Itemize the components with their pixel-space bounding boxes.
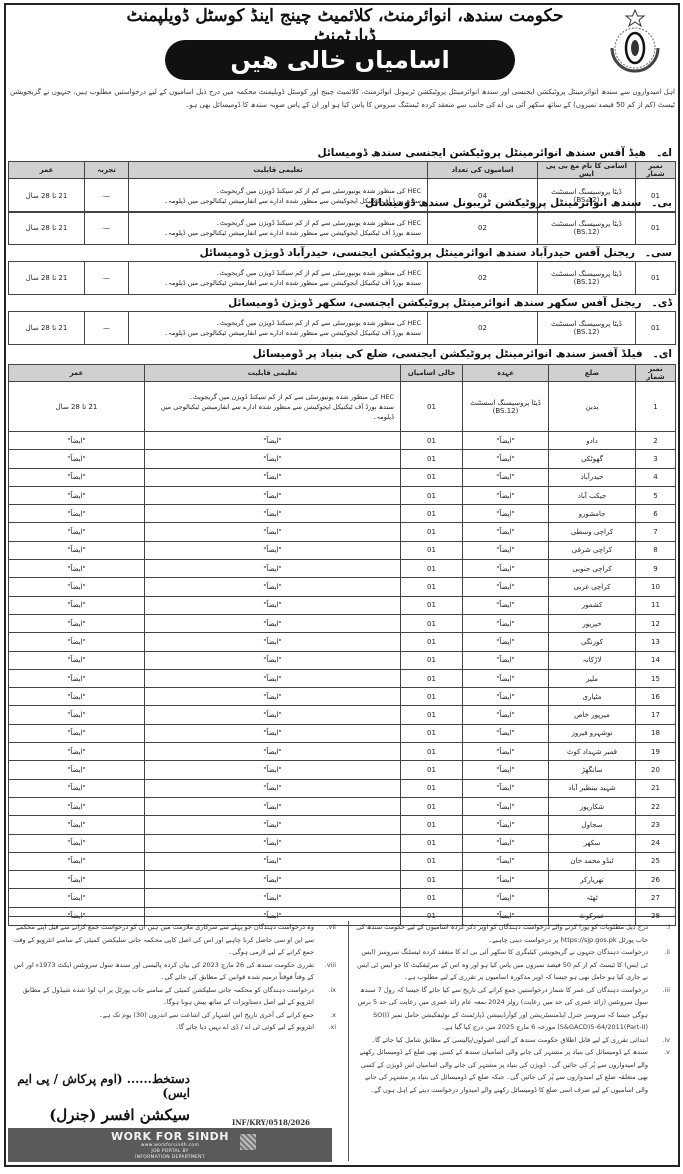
serial: 19 — [636, 743, 676, 761]
table-row: 20سانگھڑ"ایضاً"01"ایضاً""ایضاً" — [9, 761, 676, 779]
note-text: درخواست دہندگان جنہوں نے گریجویشن کیٹیگر… — [355, 946, 648, 984]
vacancies: 01 — [401, 633, 463, 651]
post: "ایضاً" — [463, 578, 549, 596]
serial: 01 — [636, 212, 676, 245]
serial: 5 — [636, 486, 676, 504]
age: "ایضاً" — [9, 871, 145, 889]
count: 02 — [428, 262, 538, 295]
serial: 7 — [636, 523, 676, 541]
vacancies: 01 — [401, 852, 463, 870]
section-b-heading: بی۔سندھ انوائرمینٹل پروٹیکشن ٹریبونل سند… — [8, 196, 676, 210]
post: "ایضاً" — [463, 816, 549, 834]
qualification: HEC کی منظور شدہ یونیورسٹی سے کم از کم س… — [129, 212, 428, 245]
vacancies: 01 — [401, 614, 463, 632]
table-row: 12خیرپور"ایضاً"01"ایضاً""ایضاً" — [9, 614, 676, 632]
section-mark: ڈی۔ — [652, 297, 672, 309]
job-advertisement: حکومت سندھ، انوائرمنٹ، کلائمیٹ چینج اینڈ… — [0, 0, 683, 1174]
post: "ایضاً" — [463, 432, 549, 450]
qualification: "ایضاً" — [145, 614, 401, 632]
age: "ایضاً" — [9, 523, 145, 541]
age: "ایضاً" — [9, 633, 145, 651]
section-b-table: 01 ڈیٹا پروسیسنگ اسسٹنٹ(BS.12) 02 HEC کی… — [8, 211, 676, 245]
district: ٹنڈو محمد خان — [549, 852, 636, 870]
vacancies: 01 — [401, 541, 463, 559]
section-a-heading: اے۔ھیڈ آفس سندھ انوائرمینٹل پروٹیکشن ایج… — [8, 146, 676, 160]
vacancies: 01 — [401, 761, 463, 779]
age: "ایضاً" — [9, 432, 145, 450]
district: لاڑکانہ — [549, 651, 636, 669]
post: "ایضاً" — [463, 633, 549, 651]
qualification: "ایضاً" — [145, 871, 401, 889]
table-row: 10کراچی غربی"ایضاً"01"ایضاً""ایضاً" — [9, 578, 676, 596]
serial: 01 — [636, 262, 676, 295]
notes-left-column: vii.وہ درخواست دہندگان جو پہلے سے سرکاری… — [12, 921, 336, 1034]
table-row: 25ٹنڈو محمد خان"ایضاً"01"ایضاً""ایضاً" — [9, 852, 676, 870]
qualification: "ایضاً" — [145, 724, 401, 742]
table-row: 11کشمور"ایضاً"01"ایضاً""ایضاً" — [9, 596, 676, 614]
table-row: 27ٹھٹہ"ایضاً"01"ایضاً""ایضاً" — [9, 889, 676, 907]
header-age: عمر — [9, 162, 85, 179]
qualification: "ایضاً" — [145, 468, 401, 486]
note-item: x.جمع کرانے کی آخری تاریخ اس اشتہار کی ا… — [12, 1009, 336, 1022]
qualification: "ایضاً" — [145, 432, 401, 450]
serial: 4 — [636, 468, 676, 486]
serial: 26 — [636, 871, 676, 889]
section-mark: سی۔ — [645, 247, 672, 259]
district: قمبر شہداد کوٹ — [549, 743, 636, 761]
vacancies-headline: اسامیاں خالی ھیں — [165, 40, 515, 80]
age: "ایضاً" — [9, 724, 145, 742]
district: گھوٹکی — [549, 450, 636, 468]
district: سکھر — [549, 834, 636, 852]
qr-code-icon — [240, 1134, 256, 1150]
section-title: ریجنل آفس حیدرآباد سندھ انوائرمینٹل پروٹ… — [200, 247, 635, 259]
post: ڈیٹا پروسیسنگ اسسٹنٹ(BS.12) — [538, 212, 636, 245]
table-row: 7کراچی وسطی"ایضاً"01"ایضاً""ایضاً" — [9, 523, 676, 541]
post: "ایضاً" — [463, 779, 549, 797]
table-row: 19قمبر شہداد کوٹ"ایضاً"01"ایضاً""ایضاً" — [9, 743, 676, 761]
table-row: 13کورنگی"ایضاً"01"ایضاً""ایضاً" — [9, 633, 676, 651]
serial: 14 — [636, 651, 676, 669]
age: 21 تا 28 سال — [9, 262, 85, 295]
vacancies: 01 — [401, 578, 463, 596]
experience: — — [85, 262, 129, 295]
qualification: HEC کی منظور شدہ یونیورسٹی سے کم از کم س… — [129, 312, 428, 345]
post: ڈیٹا پروسیسنگ اسسٹنٹ(BS.12) — [463, 382, 549, 432]
section-title: ریجنل آفس سکھر سندھ انوائرمینٹل پروٹیکشن… — [228, 297, 641, 309]
vacancies: 01 — [401, 816, 463, 834]
district: کراچی شرقی — [549, 541, 636, 559]
note-item: iii.درخواست دہندگان کی عمر کا شمار درخوا… — [355, 984, 670, 1034]
post: ڈیٹا پروسیسنگ اسسٹنٹ(BS.12) — [538, 312, 636, 345]
post: "ایضاً" — [463, 523, 549, 541]
note-item: v.سندھ کے ڈومیسائل کی بنیاد پر مشتہر کی … — [355, 1046, 670, 1096]
post: "ایضاً" — [463, 651, 549, 669]
note-number: viii. — [318, 959, 336, 984]
qualification: "ایضاً" — [145, 816, 401, 834]
post: "ایضاً" — [463, 706, 549, 724]
table-row: 1بدینڈیٹا پروسیسنگ اسسٹنٹ(BS.12)01HEC کی… — [9, 382, 676, 432]
age: "ایضاً" — [9, 541, 145, 559]
header-count: اسامیوں کی تعداد — [428, 162, 538, 179]
district: کراچی وسطی — [549, 523, 636, 541]
table-row: 23سجاول"ایضاً"01"ایضاً""ایضاً" — [9, 816, 676, 834]
note-item: ix.درخواست دہندگان کو محکمہ جاتی سلیکشن … — [12, 984, 336, 1009]
district: نوشہرو فیروز — [549, 724, 636, 742]
post: "ایضاً" — [463, 761, 549, 779]
qualification: "ایضاً" — [145, 743, 401, 761]
qualification: "ایضاً" — [145, 706, 401, 724]
sindh-emblem-icon — [604, 8, 666, 80]
vacancies: 01 — [401, 505, 463, 523]
note-number: vii. — [318, 921, 336, 959]
vacancies: 01 — [401, 706, 463, 724]
post: "ایضاً" — [463, 743, 549, 761]
post: "ایضاً" — [463, 596, 549, 614]
age: "ایضاً" — [9, 852, 145, 870]
serial: 24 — [636, 834, 676, 852]
table-row: 3گھوٹکی"ایضاً"01"ایضاً""ایضاً" — [9, 450, 676, 468]
serial: 01 — [636, 312, 676, 345]
qualification: "ایضاً" — [145, 560, 401, 578]
age: "ایضاً" — [9, 468, 145, 486]
age: "ایضاً" — [9, 450, 145, 468]
note-number: i. — [652, 921, 670, 946]
vacancies: 01 — [401, 596, 463, 614]
serial: 6 — [636, 505, 676, 523]
age: "ایضاً" — [9, 797, 145, 815]
serial: 9 — [636, 560, 676, 578]
table-row: 4حیدرآباد"ایضاً"01"ایضاً""ایضاً" — [9, 468, 676, 486]
note-text: درخواست دہندگان کو محکمہ جاتی سلیکشن کمی… — [12, 984, 314, 1009]
district: مٹیاری — [549, 688, 636, 706]
district: ملیر — [549, 669, 636, 687]
section-title: سندھ انوائرمینٹل پروٹیکشن ٹریبونل سندھ ڈ… — [365, 197, 641, 209]
serial: 3 — [636, 450, 676, 468]
post: "ایضاً" — [463, 724, 549, 742]
section-mark: ای۔ — [653, 348, 672, 360]
section-mark: اے۔ — [656, 147, 672, 159]
note-item: xi.انٹرویو کے لیے کوئی ٹی اے / ڈی اے نہی… — [12, 1021, 336, 1034]
serial: 27 — [636, 889, 676, 907]
section-title: ھیڈ آفس سندھ انوائرمینٹل پروٹیکشن ایجنسی… — [317, 147, 646, 159]
vacancies: 01 — [401, 560, 463, 578]
experience: — — [85, 312, 129, 345]
count: 02 — [428, 312, 538, 345]
table-row: 01 ڈیٹا پروسیسنگ اسسٹنٹ(BS.12) 02 HEC کی… — [9, 312, 676, 345]
qualification: "ایضاً" — [145, 505, 401, 523]
section-c-table: 01 ڈیٹا پروسیسنگ اسسٹنٹ(BS.12) 02 HEC کی… — [8, 261, 676, 295]
vacancies: 01 — [401, 432, 463, 450]
table-row: 21شہید بینظیر آباد"ایضاً"01"ایضاً""ایضاً… — [9, 779, 676, 797]
section-e-heading: ای۔فیلڈ آفسز سندھ انوائرمینٹل پروٹیکشن ا… — [8, 347, 676, 361]
serial: 1 — [636, 382, 676, 432]
header-vacancies: خالی اسامیاں — [401, 365, 463, 382]
table-row: 24سکھر"ایضاً"01"ایضاً""ایضاً" — [9, 834, 676, 852]
note-text: درج ذیل مطلوبات کو پورا کرنے والے درخواس… — [355, 921, 648, 946]
count: 02 — [428, 212, 538, 245]
table-row: 14لاڑکانہ"ایضاً"01"ایضاً""ایضاً" — [9, 651, 676, 669]
section-d-heading: ڈی۔ریجنل آفس سکھر سندھ انوائرمینٹل پروٹی… — [8, 296, 676, 310]
qualification: "ایضاً" — [145, 761, 401, 779]
notes-right-column: i.درج ذیل مطلوبات کو پورا کرنے والے درخو… — [348, 921, 670, 1161]
qualification: "ایضاً" — [145, 779, 401, 797]
section-e-table: نمبر شمار ضلع عہدہ خالی اسامیاں تعلیمی ق… — [8, 364, 676, 926]
qualification: "ایضاً" — [145, 669, 401, 687]
note-text: درخواست دہندگان کی عمر کا شمار درخواستیں… — [355, 984, 648, 1034]
vacancies: 01 — [401, 797, 463, 815]
serial: 25 — [636, 852, 676, 870]
table-row: 9کراچی جنوبی"ایضاً"01"ایضاً""ایضاً" — [9, 560, 676, 578]
vacancies: 01 — [401, 688, 463, 706]
age: "ایضاً" — [9, 486, 145, 504]
district: جیکب آباد — [549, 486, 636, 504]
age: 21 تا 28 سال — [9, 312, 85, 345]
post: "ایضاً" — [463, 486, 549, 504]
note-text: جمع کرانے کی آخری تاریخ اس اشتہار کی اشا… — [99, 1009, 314, 1022]
designation: سیکشن افسر (جنرل) — [10, 1106, 190, 1124]
district: میرپور خاص — [549, 706, 636, 724]
district: شکارپور — [549, 797, 636, 815]
signature-block: دستخط...... (اوم پرکاش / پی ایم ایس) سیک… — [10, 1072, 190, 1124]
vacancies: 01 — [401, 724, 463, 742]
serial: 23 — [636, 816, 676, 834]
post: "ایضاً" — [463, 614, 549, 632]
table-row: 16مٹیاری"ایضاً"01"ایضاً""ایضاً" — [9, 688, 676, 706]
vacancies: 01 — [401, 871, 463, 889]
district: جامشورو — [549, 505, 636, 523]
table-row: 15ملیر"ایضاً"01"ایضاً""ایضاً" — [9, 669, 676, 687]
age: "ایضاً" — [9, 505, 145, 523]
note-item: ii.درخواست دہندگان جنہوں نے گریجویشن کیٹ… — [355, 946, 670, 984]
header: حکومت سندھ، انوائرمنٹ، کلائمیٹ چینج اینڈ… — [0, 0, 683, 84]
district: کشمور — [549, 596, 636, 614]
header-age: عمر — [9, 365, 145, 382]
banner-line2: INFORMATION DEPARTMENT — [8, 1155, 332, 1161]
qualification: "ایضاً" — [145, 852, 401, 870]
qualification: "ایضاً" — [145, 541, 401, 559]
vacancies: 01 — [401, 743, 463, 761]
vacancies: 01 — [401, 779, 463, 797]
note-item: i.درج ذیل مطلوبات کو پورا کرنے والے درخو… — [355, 921, 670, 946]
header-qualification: تعلیمی قابلیت — [129, 162, 428, 179]
note-number: x. — [318, 1009, 336, 1022]
note-item: vii.وہ درخواست دہندگان جو پہلے سے سرکاری… — [12, 921, 336, 959]
reference-code: INF/KRY/0518/2026 — [232, 1118, 310, 1127]
qualification: "ایضاً" — [145, 688, 401, 706]
vacancies: 01 — [401, 486, 463, 504]
age: "ایضاً" — [9, 816, 145, 834]
qualification: "ایضاً" — [145, 651, 401, 669]
section-c-heading: سی۔ریجنل آفس حیدرآباد سندھ انوائرمینٹل پ… — [8, 246, 676, 260]
qualification: "ایضاً" — [145, 523, 401, 541]
district: سانگھڑ — [549, 761, 636, 779]
table-row: 18نوشہرو فیروز"ایضاً"01"ایضاً""ایضاً" — [9, 724, 676, 742]
post: "ایضاً" — [463, 797, 549, 815]
header-district: ضلع — [549, 365, 636, 382]
note-item: viii.تقرری حکومت سندھ کی 26 مارچ 2023 کی… — [12, 959, 336, 984]
note-text: انٹرویو کے لیے کوئی ٹی اے / ڈی اے نہیں د… — [175, 1021, 314, 1034]
age: "ایضاً" — [9, 596, 145, 614]
qualification: "ایضاً" — [145, 797, 401, 815]
district: حیدرآباد — [549, 468, 636, 486]
vacancies: 01 — [401, 834, 463, 852]
table-row: 01 ڈیٹا پروسیسنگ اسسٹنٹ(BS.12) 02 HEC کی… — [9, 212, 676, 245]
vacancies: 01 — [401, 468, 463, 486]
note-number: ix. — [318, 984, 336, 1009]
district: شہید بینظیر آباد — [549, 779, 636, 797]
post: "ایضاً" — [463, 468, 549, 486]
age: "ایضاً" — [9, 761, 145, 779]
age: "ایضاً" — [9, 669, 145, 687]
table-row: 26تھرپارکر"ایضاً"01"ایضاً""ایضاً" — [9, 871, 676, 889]
note-text: سندھ کے ڈومیسائل کی بنیاد پر مشتہر کی جا… — [355, 1046, 648, 1096]
post: ڈیٹا پروسیسنگ اسسٹنٹ(BS.12) — [538, 262, 636, 295]
note-number: xi. — [318, 1021, 336, 1034]
post: "ایضاً" — [463, 852, 549, 870]
post: "ایضاً" — [463, 560, 549, 578]
age: "ایضاً" — [9, 834, 145, 852]
district: تھرپارکر — [549, 871, 636, 889]
signatory: دستخط...... (اوم پرکاش / پی ایم ایس) — [17, 1072, 190, 1100]
post: "ایضاً" — [463, 889, 549, 907]
age: "ایضاً" — [9, 651, 145, 669]
vacancies: 01 — [401, 669, 463, 687]
note-number: iv. — [652, 1034, 670, 1047]
note-item: iv.ابتدائی تقرری کے لیے قابل اطلاق حکومت… — [355, 1034, 670, 1047]
qualification: "ایضاً" — [145, 486, 401, 504]
age: "ایضاً" — [9, 688, 145, 706]
note-number: iii. — [652, 984, 670, 1034]
table-row: 8کراچی شرقی"ایضاً"01"ایضاً""ایضاً" — [9, 541, 676, 559]
table-row: 22شکارپور"ایضاً"01"ایضاً""ایضاً" — [9, 797, 676, 815]
district: خیرپور — [549, 614, 636, 632]
vacancies: 01 — [401, 382, 463, 432]
post: "ایضاً" — [463, 834, 549, 852]
serial: 8 — [636, 541, 676, 559]
header-post: عہدہ — [463, 365, 549, 382]
serial: 20 — [636, 761, 676, 779]
age: "ایضاً" — [9, 889, 145, 907]
district: بدین — [549, 382, 636, 432]
serial: 10 — [636, 578, 676, 596]
table-row: 5جیکب آباد"ایضاً"01"ایضاً""ایضاً" — [9, 486, 676, 504]
notes-section: i.درج ذیل مطلوبات کو پورا کرنے والے درخو… — [8, 916, 676, 1164]
qualification: "ایضاً" — [145, 889, 401, 907]
qualification: "ایضاً" — [145, 578, 401, 596]
note-text: وہ درخواست دہندگان جو پہلے سے سرکاری ملا… — [12, 921, 314, 959]
serial: 11 — [636, 596, 676, 614]
work-for-sindh-banner: WORK FOR SINDH www.workforsindh.com JOB … — [8, 1128, 332, 1162]
header-serial: نمبر شمار — [636, 365, 676, 382]
qualification: HEC کی منظور شدہ یونیورسٹی سے کم از کم س… — [129, 262, 428, 295]
age: "ایضاً" — [9, 743, 145, 761]
post: "ایضاً" — [463, 450, 549, 468]
age: "ایضاً" — [9, 578, 145, 596]
serial: 12 — [636, 614, 676, 632]
header-experience: تجربہ — [85, 162, 129, 179]
age: "ایضاً" — [9, 779, 145, 797]
note-text: ابتدائی تقرری کے لیے قابل اطلاق حکومت سن… — [371, 1034, 648, 1047]
post: "ایضاً" — [463, 505, 549, 523]
section-d-table: 01 ڈیٹا پروسیسنگ اسسٹنٹ(BS.12) 02 HEC کی… — [8, 311, 676, 345]
vacancies: 01 — [401, 450, 463, 468]
table-row: 01 ڈیٹا پروسیسنگ اسسٹنٹ(BS.12) 02 HEC کی… — [9, 262, 676, 295]
note-text: تقرری حکومت سندھ کی 26 مارچ 2023 کی بیان… — [12, 959, 314, 984]
serial: 16 — [636, 688, 676, 706]
table-row: 2دادو"ایضاً"01"ایضاً""ایضاً" — [9, 432, 676, 450]
table-row: 6جامشورو"ایضاً"01"ایضاً""ایضاً" — [9, 505, 676, 523]
vacancies: 01 — [401, 889, 463, 907]
age: 21 تا 28 سال — [9, 212, 85, 245]
experience: — — [85, 212, 129, 245]
header-post: اسامی کا نام مع بی پی ایس — [538, 162, 636, 179]
serial: 18 — [636, 724, 676, 742]
post: "ایضاً" — [463, 541, 549, 559]
serial: 22 — [636, 797, 676, 815]
district: کراچی غربی — [549, 578, 636, 596]
district: دادو — [549, 432, 636, 450]
age: 21 تا 28 سال — [9, 382, 145, 432]
serial: 13 — [636, 633, 676, 651]
section-mark: بی۔ — [651, 197, 672, 209]
serial: 17 — [636, 706, 676, 724]
table-row: 17میرپور خاص"ایضاً"01"ایضاً""ایضاً" — [9, 706, 676, 724]
qualification: "ایضاً" — [145, 834, 401, 852]
qualification: HEC کی منظور شدہ یونیورسٹی سے کم از کم س… — [145, 382, 401, 432]
intro-paragraph: اہل امیدواروں سے سندھ انوائرمینٹل پروٹیک… — [10, 86, 675, 112]
district: کراچی جنوبی — [549, 560, 636, 578]
age: "ایضاً" — [9, 706, 145, 724]
age: "ایضاً" — [9, 614, 145, 632]
banner-brand: WORK FOR SINDH — [8, 1130, 332, 1143]
serial: 21 — [636, 779, 676, 797]
serial: 2 — [636, 432, 676, 450]
header-qualification: تعلیمی قابلیت — [145, 365, 401, 382]
district: ٹھٹہ — [549, 889, 636, 907]
note-number: v. — [652, 1046, 670, 1096]
section-title: فیلڈ آفسز سندھ انوائرمینٹل پروٹیکشن ایجن… — [253, 348, 643, 360]
vacancies: 01 — [401, 651, 463, 669]
post: "ایضاً" — [463, 688, 549, 706]
qualification: "ایضاً" — [145, 450, 401, 468]
note-number: ii. — [652, 946, 670, 984]
header-serial: نمبر شمار — [636, 162, 676, 179]
district: کورنگی — [549, 633, 636, 651]
serial: 15 — [636, 669, 676, 687]
qualification: "ایضاً" — [145, 633, 401, 651]
age: "ایضاً" — [9, 560, 145, 578]
qualification: "ایضاً" — [145, 596, 401, 614]
post: "ایضاً" — [463, 669, 549, 687]
post: "ایضاً" — [463, 871, 549, 889]
vacancies: 01 — [401, 523, 463, 541]
district: سجاول — [549, 816, 636, 834]
